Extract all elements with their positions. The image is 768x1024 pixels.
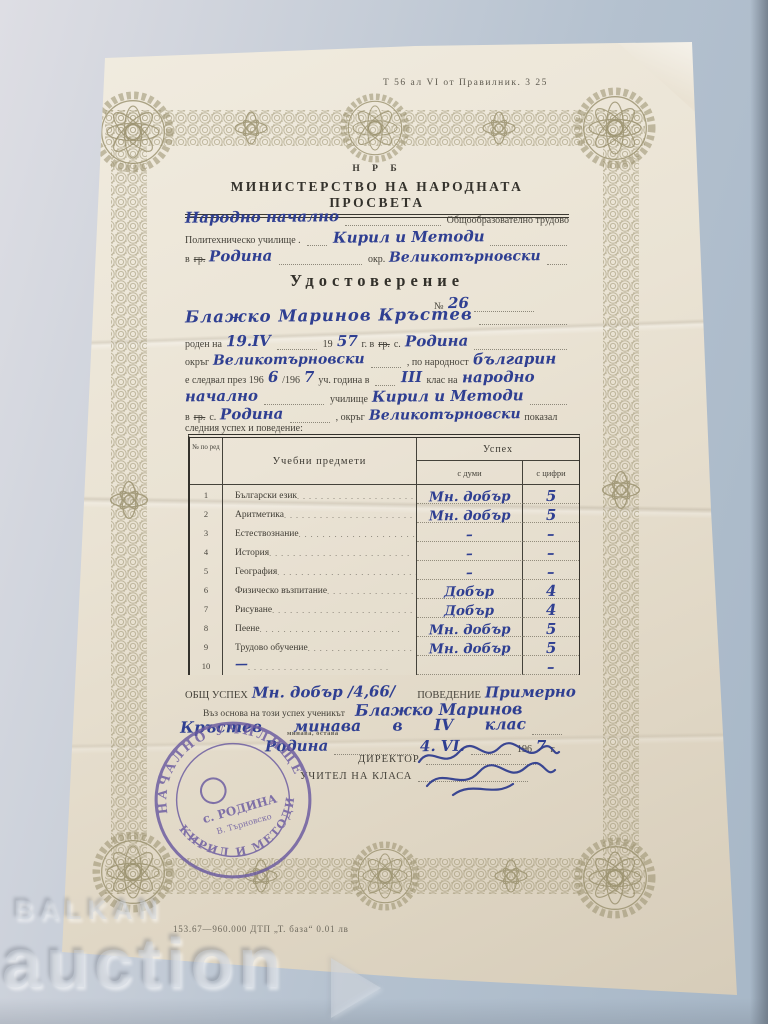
shown-label: показал — [524, 412, 557, 423]
dot-leader: . . . . . . . . . . . . . . . . . . . . … — [284, 511, 417, 520]
school-type-handwritten: Народно начално — [185, 207, 339, 227]
school-year-line: е следвал през 196 6 /196 7 уч. година в… — [185, 368, 569, 386]
grade-words-cell: Мн. добър — [417, 504, 523, 523]
birth-year-handwritten: 57 — [337, 332, 358, 350]
grade-words-cell: Мн. добър — [417, 485, 523, 504]
school-kind-handwritten-1: народно — [461, 368, 534, 387]
dotted-rule — [547, 261, 567, 265]
grade-words-cell: Добър — [417, 599, 523, 618]
grade-digits-cell: – — [523, 542, 579, 561]
table-row: 6Физическо възпитание . . . . . . . . . … — [190, 580, 579, 599]
dotted-rule — [375, 382, 395, 386]
studied-label-2: /196 — [282, 375, 300, 386]
grades-table-body: 1Български език . . . . . . . . . . . . … — [190, 485, 579, 675]
subject-cell: Пеене . . . . . . . . . . . . . . . . . … — [223, 618, 417, 637]
dot-leader: . . . . . . . . . . . . . . . . . . . . … — [269, 549, 410, 558]
dotted-rule — [479, 321, 567, 325]
grade-digits-cell: 4 — [523, 599, 579, 618]
dotted-rule — [307, 242, 327, 246]
place-okrug-line: в гр. с. Родина , окръг Великотърновски … — [185, 405, 569, 423]
watermark-auction: auction — [2, 928, 286, 998]
okrug-handwritten: Великотърновски — [213, 351, 365, 369]
okrug-abbrev-label: окр. — [368, 254, 385, 265]
birth-line: роден на 19.IV 19 57 г. в гр. с. Родина — [185, 332, 569, 350]
grade-digits-cell: 5 — [523, 485, 579, 504]
table-row: 1Български език . . . . . . . . . . . . … — [190, 485, 579, 504]
country-abbreviation: Н Р Б — [185, 164, 569, 174]
subject-cell: Български език . . . . . . . . . . . . .… — [223, 485, 417, 504]
grade-digits-cell: – — [523, 561, 579, 580]
table-row: 9Трудово обучение . . . . . . . . . . . … — [190, 637, 579, 656]
overall-success-line: ОБЩ УСПЕХ Мн. добър /4,66/ ПОВЕДЕНИЕ При… — [185, 683, 585, 701]
overall-grade-handwritten: Мн. добър /4,66/ — [252, 682, 396, 702]
results-intro: следния успех и поведение: — [185, 423, 303, 434]
regulation-reference: Т 56 ал VI от Правилник. 3 25 — [383, 78, 548, 88]
school-kind-handwritten-2: начално — [185, 387, 258, 406]
okrug-handwritten: Великотърновски — [369, 406, 521, 424]
okrug-handwritten: Великотърновски — [389, 248, 541, 266]
grade-words-cell: Мн. добър — [417, 637, 523, 656]
school-place-line: в гр. Родина окр. Великотърновски — [185, 247, 569, 265]
row-number-cell: 2 — [190, 504, 223, 523]
subject-cell: Трудово обучение . . . . . . . . . . . .… — [223, 637, 417, 656]
subject-cell: География . . . . . . . . . . . . . . . … — [223, 561, 417, 580]
nationality-handwritten: българин — [473, 350, 556, 369]
table-row: 7Рисуване . . . . . . . . . . . . . . . … — [190, 599, 579, 618]
table-row: 10— . . . . . . . . . . . . . . . . . . … — [190, 656, 579, 675]
signatures — [413, 740, 563, 802]
class-teacher-signature — [427, 763, 555, 795]
student-name-handwritten: Блажко Маринов Кръстев — [185, 304, 473, 326]
grade-digits-cell: 4 — [523, 580, 579, 599]
photo-edge-shadow — [750, 0, 768, 1024]
subject-cell: Рисуване . . . . . . . . . . . . . . . .… — [223, 599, 417, 618]
row-number-cell: 9 — [190, 637, 223, 656]
grade-digits-cell: 5 — [523, 504, 579, 523]
year-prefix-printed: 19 — [323, 339, 333, 350]
dot-leader: . . . . . . . . . . . . . . . . . . . . … — [297, 492, 417, 501]
row-number-cell: 5 — [190, 561, 223, 580]
born-mid-label: г. в — [362, 339, 375, 350]
row-number-cell: 7 — [190, 599, 223, 618]
dotted-rule — [345, 222, 441, 226]
struck-city-label: гр. — [378, 339, 390, 350]
dot-leader: . . . . . . . . . . . . . . . . . . . . … — [308, 644, 417, 653]
dot-leader: . . . . . . . . . . . . . . . . . . . . … — [260, 625, 401, 634]
grade-words-cell — [417, 656, 523, 675]
studied-label-3: уч. година в — [318, 375, 369, 386]
school-type-printed: Общообразователно трудово — [447, 215, 569, 226]
birth-date-handwritten: 19.IV — [226, 332, 271, 350]
student-name-line: Блажко Маринов Кръстев — [185, 306, 569, 325]
subject-cell: История . . . . . . . . . . . . . . . . … — [223, 542, 417, 561]
school-kind-line: начално училище Кирил и Методи — [185, 387, 569, 405]
studied-label-4: клас на — [427, 375, 458, 386]
grade-digits-cell: – — [523, 656, 579, 675]
column-header-digits: с цифри — [523, 461, 579, 484]
birth-place-handwritten: Родина — [405, 332, 468, 351]
place-handwritten: Родина — [220, 405, 283, 424]
place-handwritten: Родина — [209, 247, 272, 266]
struck-city-label: гр. — [194, 254, 206, 265]
dot-leader: . . . . . . . . . . . . . . . . . . . . … — [299, 530, 417, 539]
okrug-label-2: , окръг — [336, 412, 365, 423]
grade-digits-cell: 5 — [523, 637, 579, 656]
subject-cell: Физическо възпитание . . . . . . . . . .… — [223, 580, 417, 599]
in-label: в — [185, 254, 190, 265]
stamp-emblem-circle — [198, 776, 228, 806]
grade-words-cell: Добър — [417, 580, 523, 599]
row-number-cell: 10 — [190, 656, 223, 675]
subject-cell: — . . . . . . . . . . . . . . . . . . . … — [223, 656, 417, 675]
row-number-cell: 4 — [190, 542, 223, 561]
row-number-cell: 6 — [190, 580, 223, 599]
in-label: в — [185, 412, 190, 423]
paper-corner-fold — [615, 40, 711, 126]
struck-city-label: гр. — [194, 412, 206, 423]
dot-leader: . . . . . . . . . . . . . . . . . . . . … — [277, 568, 417, 577]
studied-label-1: е следвал през 196 — [185, 375, 264, 386]
table-row: 8Пеене . . . . . . . . . . . . . . . . .… — [190, 618, 579, 637]
class-handwritten: III — [401, 368, 422, 386]
certificate-title: Удостоверение — [185, 271, 569, 291]
grade-digits-cell: 5 — [523, 618, 579, 637]
dotted-rule — [532, 731, 562, 735]
table-row: 3Естествознание . . . . . . . . . . . . … — [190, 523, 579, 542]
nationality-label: , по народност — [407, 357, 469, 368]
school-label: училище — [330, 394, 368, 405]
dot-leader: . . . . . . . . . . . . . . . . . . . . … — [248, 663, 389, 672]
dot-leader: . . . . . . . . . . . . . . . . . . . . … — [272, 606, 413, 615]
year2-handwritten: 7 — [304, 368, 315, 386]
school-type-line: Народно начално Общообразователно трудов… — [185, 208, 569, 226]
director-signature — [419, 743, 559, 762]
class-teacher-label: УЧИТЕЛ НА КЛАСА — [300, 771, 412, 782]
grades-table-header: № по ред Учебни предмети Успех с думи с … — [190, 438, 579, 485]
row-number-cell: 8 — [190, 618, 223, 637]
year1-handwritten: 6 — [268, 368, 279, 386]
okrug-label: окръг — [185, 357, 209, 368]
grade-words-cell: – — [417, 561, 523, 580]
school-label-printed: Политехническо училище . — [185, 235, 301, 246]
okrug-nationality-line: окръг Великотърновски , по народност бъл… — [185, 350, 569, 368]
column-header-subjects: Учебни предмети — [223, 438, 417, 484]
table-row: 5География . . . . . . . . . . . . . . .… — [190, 561, 579, 580]
dotted-rule — [279, 261, 362, 265]
village-label: с. — [209, 412, 216, 423]
subject-cell: Естествознание . . . . . . . . . . . . .… — [223, 523, 417, 542]
grades-table: № по ред Учебни предмети Успех с думи с … — [188, 434, 580, 675]
row-number-cell: 1 — [190, 485, 223, 504]
grade-words-cell: – — [417, 542, 523, 561]
school-name-handwritten: Кирил и Методи — [333, 227, 485, 247]
grade-words-cell: Мн. добър — [417, 618, 523, 637]
certificate-document: Т 56 ал VI от Правилник. 3 25 Н Р Б МИНИ… — [55, 40, 745, 1000]
dot-leader: . . . . . . . . . . . . . . . . . . . . … — [327, 587, 417, 596]
row-number-cell: 3 — [190, 523, 223, 542]
play-triangle-icon — [331, 958, 381, 1018]
grade-digits-cell: – — [523, 523, 579, 542]
watermark-balkan: BALKAN — [14, 895, 164, 926]
grade-words-cell: – — [417, 523, 523, 542]
table-row: 4История . . . . . . . . . . . . . . . .… — [190, 542, 579, 561]
born-label: роден на — [185, 339, 222, 350]
school-name-handwritten: Кирил и Методи — [372, 386, 524, 406]
column-header-success: Успех — [417, 438, 579, 461]
column-header-words: с думи — [417, 461, 523, 484]
column-header-number: № по ред — [190, 438, 223, 484]
auction-photo: Т 56 ал VI от Правилник. 3 25 Н Р Б МИНИ… — [0, 0, 768, 1024]
village-label: с. — [394, 339, 401, 350]
dotted-rule — [490, 242, 567, 246]
table-row: 2Аритметика . . . . . . . . . . . . . . … — [190, 504, 579, 523]
director-label: ДИРЕКТОР — [358, 754, 420, 765]
subject-cell: Аритметика . . . . . . . . . . . . . . .… — [223, 504, 417, 523]
school-name-line: Политехническо училище . Кирил и Методи — [185, 228, 569, 246]
